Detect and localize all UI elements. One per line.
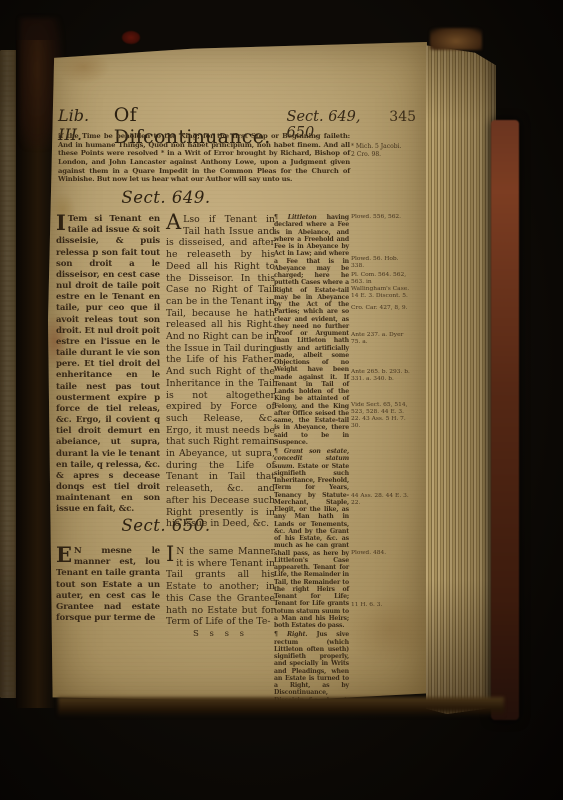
english-column-650: IN the same Manner it is where Tenant in… xyxy=(166,546,275,640)
margin-note: Plowd. 556, 562. xyxy=(351,214,411,221)
commentary-column: ¶ Littleton having declared where a Fee … xyxy=(274,214,349,742)
french-column-649: ITem si Tenant en taile ad issue & soit … xyxy=(56,214,160,530)
margin-note: Ante 265. b. 293. b. 331. a. 340. b. xyxy=(351,369,411,383)
commentary-paragraph: ¶ Right. Jus sive rectum (which Littleto… xyxy=(274,631,349,733)
dropcap-initial: A xyxy=(166,214,183,231)
margin-note-line: * Mich. 5 Jacobi. xyxy=(351,143,409,151)
catchword: Estate xyxy=(274,735,349,742)
section-650-heading: Sect. 650. xyxy=(56,516,276,535)
french-text-649: Tem si Tenant en taile ad issue & soit d… xyxy=(56,214,160,514)
pilcrow-icon: ¶ xyxy=(274,214,278,221)
margin-note: Cro. Car. 427, 8, 9. xyxy=(351,305,411,312)
headband xyxy=(430,28,482,50)
section-649-columns: ITem si Tenant en taile ad issue & soit … xyxy=(56,214,275,530)
section-650-columns: EN mesne le manner est, lou Tenant en ta… xyxy=(56,546,275,640)
page-number: 345 xyxy=(389,109,416,125)
margin-note: Vide Sect. 65, 514, 523, 528. 44 E. 3. 2… xyxy=(351,402,411,430)
margin-note: Plowd. 56. Hob. 338. xyxy=(351,256,411,270)
back-board-edge xyxy=(491,120,519,720)
book-page: Lib. III. Of Diſcontinuance. Sect. 649, … xyxy=(48,42,430,704)
margin-note: 11 H. 6. 3. xyxy=(351,602,411,609)
margin-note: Pl. Com. 564. 562, 563. in Wallingham's … xyxy=(351,272,411,300)
dropcap-initial: E xyxy=(56,546,74,563)
margin-note-top: * Mich. 5 Jacobi. 2 Cro. 98. xyxy=(351,143,409,158)
text-block: Lib. III. Of Diſcontinuance. Sect. 649, … xyxy=(48,42,430,704)
margin-note: 44 Ass. 28. 44 E. 3. 22. xyxy=(351,493,411,507)
section-649-heading: Sect. 649. xyxy=(56,188,276,207)
pilcrow-icon: ¶ xyxy=(274,448,278,455)
margin-note: Ante 237. a. Dyer 75. a. xyxy=(351,332,411,346)
margin-note: Plowd. 484. xyxy=(351,550,411,557)
margin-notes-column: Plowd. 556, 562. Plowd. 56. Hob. 338. Pl… xyxy=(351,214,411,674)
commentary-paragraph: ¶ Grant son estate, concedit statum suum… xyxy=(274,448,349,629)
intro-paragraph: if the Time be beholden to the King; for… xyxy=(58,132,350,184)
signature-mark: S s s s xyxy=(166,629,275,640)
fore-edge-pages xyxy=(426,42,496,714)
english-text-649: Lso if Tenant in Tail hath Issue and is … xyxy=(166,214,275,529)
french-column-650: EN mesne le manner est, lou Tenant en ta… xyxy=(56,546,160,640)
photo-background: Lib. III. Of Diſcontinuance. Sect. 649, … xyxy=(0,0,563,800)
commentary-paragraph: ¶ Littleton having declared where a Fee … xyxy=(274,214,349,446)
pilcrow-icon: ¶ xyxy=(274,631,278,638)
bottom-page-edges xyxy=(58,697,504,717)
dropcap-initial: I xyxy=(166,546,176,563)
english-column-649: ALso if Tenant in Tail hath Issue and is… xyxy=(166,214,275,530)
english-text-650: N the same Manner it is where Tenant in … xyxy=(166,546,275,627)
margin-note-line: 2 Cro. 98. xyxy=(351,151,409,159)
dropcap-initial: I xyxy=(56,214,68,231)
red-stain xyxy=(122,31,140,44)
